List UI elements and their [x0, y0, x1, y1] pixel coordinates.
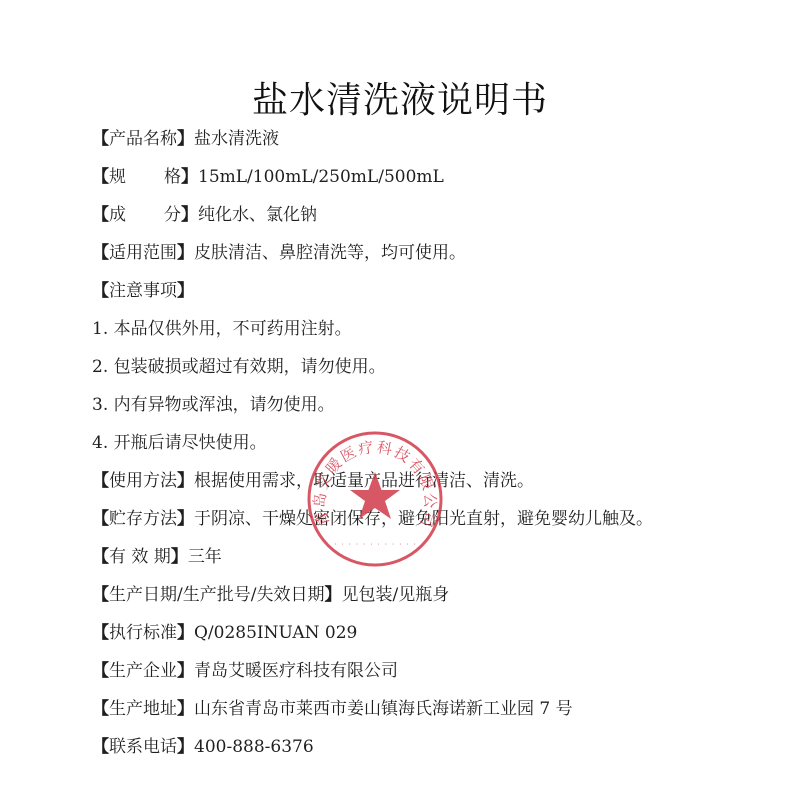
field-value: 青岛艾暖医疗科技有限公司 — [194, 661, 398, 681]
field-value: 见包装/见瓶身 — [341, 585, 449, 605]
field-phone: 【联系电话】400-888-6376 — [92, 736, 314, 758]
precaution-item: 3. 内有异物或浑浊，请勿使用。 — [92, 394, 335, 416]
field-value: 皮肤清洁、鼻腔清洗等，均可使用。 — [194, 243, 466, 263]
field-specification: 【规格】15mL/100mL/250mL/500mL — [92, 166, 444, 188]
field-product-name: 【产品名称】盐水清洗液 — [92, 128, 279, 150]
field-value: 于阴凉、干燥处密闭保存，避免阳光直射，避免婴幼儿触及。 — [194, 509, 653, 529]
document-title: 盐水清洗液说明书 — [0, 72, 800, 123]
section-precautions-heading: 【注意事项】 — [92, 280, 194, 302]
field-usage: 【使用方法】根据使用需求，取适量产品进行清洁、清洗。 — [92, 470, 534, 492]
company-seal: 青岛艾暖医疗科技有限公司 · · · · · · · · · · · · — [304, 428, 446, 570]
field-value: 盐水清洗液 — [194, 129, 279, 149]
precaution-item: 2. 包装破损或超过有效期，请勿使用。 — [92, 356, 386, 378]
precaution-item: 4. 开瓶后请尽快使用。 — [92, 432, 267, 454]
field-ingredients: 【成分】纯化水、氯化钠 — [92, 204, 317, 226]
field-storage: 【贮存方法】于阴凉、干燥处密闭保存，避免阳光直射，避免婴幼儿触及。 — [92, 508, 653, 530]
field-dates-batch: 【生产日期/生产批号/失效日期】见包装/见瓶身 — [92, 584, 449, 606]
field-value: 纯化水、氯化钠 — [198, 205, 317, 225]
field-manufacturer: 【生产企业】青岛艾暖医疗科技有限公司 — [92, 660, 398, 682]
field-value: 15mL/100mL/250mL/500mL — [198, 167, 444, 187]
field-scope: 【适用范围】皮肤清洁、鼻腔清洗等，均可使用。 — [92, 242, 466, 264]
field-address: 【生产地址】山东省青岛市莱西市姜山镇海氏海诺新工业园 7 号 — [92, 698, 573, 720]
field-standard: 【执行标准】Q/0285INUAN 029 — [92, 622, 357, 644]
svg-text:· · · · · · · · · · · ·: · · · · · · · · · · · · — [333, 541, 416, 548]
seal-graphic: 青岛艾暖医疗科技有限公司 · · · · · · · · · · · · — [304, 428, 446, 570]
field-value: 400-888-6376 — [194, 737, 314, 757]
field-value: Q/0285INUAN 029 — [194, 623, 357, 643]
field-value: 根据使用需求，取适量产品进行清洁、清洗。 — [194, 471, 534, 491]
field-shelf-life: 【有 效 期】三年 — [92, 546, 222, 568]
precaution-item: 1. 本品仅供外用，不可药用注射。 — [92, 318, 352, 340]
field-value: 三年 — [188, 547, 222, 567]
field-value: 山东省青岛市莱西市姜山镇海氏海诺新工业园 7 号 — [194, 699, 573, 719]
